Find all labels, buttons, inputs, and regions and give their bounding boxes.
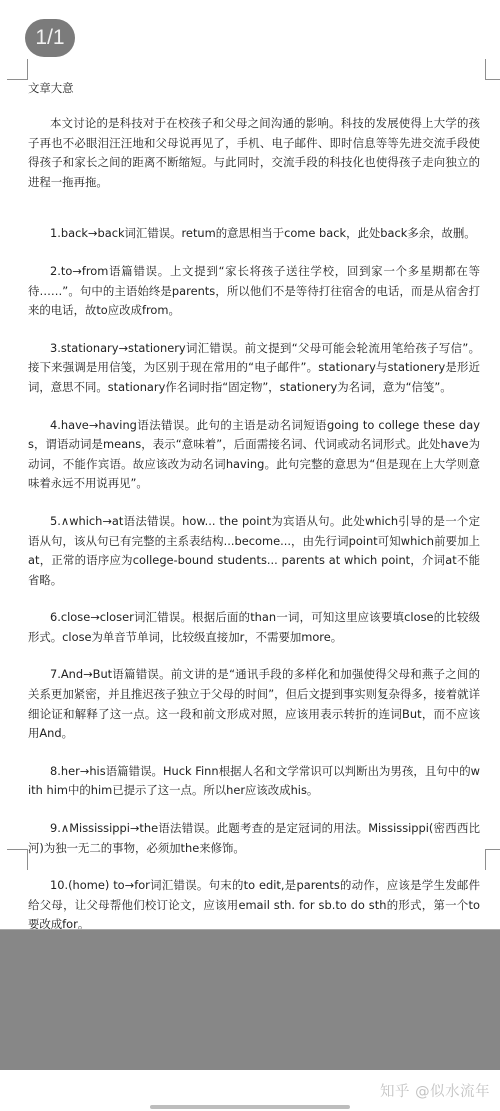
answer-item-7: 7.And→But语篇错误。前文讲的是“通讯手段的多样化和加强使得父母和燕子之间… [28, 665, 480, 743]
answer-item-9: 9.∧Mississippi→the语法错误。此题考查的是定冠词的用法。Miss… [28, 819, 480, 858]
answer-item-6: 6.close→closer词汇错误。根据后面的than一词，可知这里应该要填c… [28, 608, 480, 647]
answer-item-4: 4.have→having语法错误。此句的主语是动名词短语going to co… [28, 416, 480, 494]
crop-mark-bottom-right-icon [485, 849, 500, 870]
document-body: 文章大意 本文讨论的是科技对于在校孩子和父母之间沟通的影响。科技的发展使得上大学… [28, 80, 480, 935]
intro-paragraph: 本文讨论的是科技对于在校孩子和父母之间沟通的影响。科技的发展使得上大学的孩子再也… [28, 114, 480, 192]
document-title: 文章大意 [28, 80, 480, 96]
answer-item-5: 5.∧which→at语法错误。how... the point为宾语从句。此处… [28, 512, 480, 590]
document-page: 1/1 文章大意 本文讨论的是科技对于在校孩子和父母之间沟通的影响。科技的发展使… [0, 0, 500, 929]
answer-item-10: 10.(home) to→for词汇错误。句末的to edit,是parents… [28, 876, 480, 935]
answer-item-3: 3.stationary→stationery词汇错误。前文提到“父母可能会轮流… [28, 339, 480, 398]
answer-item-2: 2.to→from语篇错误。上文提到“家长将孩子送往学校，回到家一个多星期都在等… [28, 262, 480, 321]
answer-item-8: 8.her→his语篇错误。Huck Finn根据人名和文学常识可以判断出为男孩… [28, 762, 480, 801]
page-indicator-text: 1/1 [35, 26, 64, 50]
viewer-background-area [0, 929, 500, 1070]
crop-mark-top-right-icon [485, 59, 500, 80]
watermark: 知乎 @似水流年 [380, 1080, 490, 1101]
crop-mark-top-left-icon [7, 59, 28, 80]
answer-item-1: 1.back→back词汇错误。retum的意思相当于come back，此处b… [28, 224, 480, 244]
page-indicator-badge: 1/1 [25, 19, 75, 57]
home-indicator[interactable] [150, 1105, 350, 1109]
crop-mark-bottom-left-icon [7, 849, 28, 870]
